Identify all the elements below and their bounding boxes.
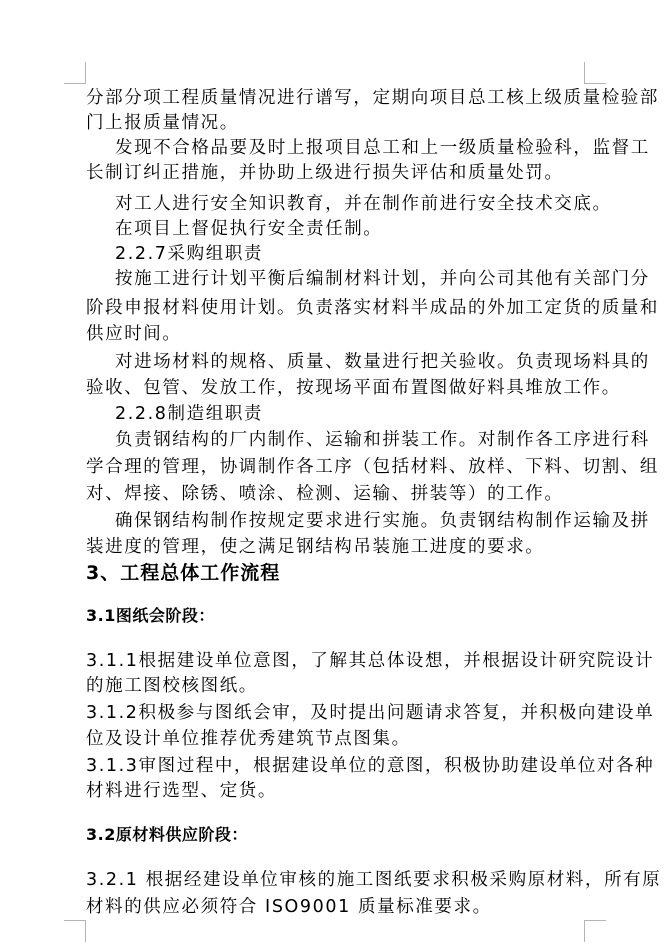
text-line: 长制订纠正措施，并协助上级进行损失评估和质量处罚。 [86,163,586,183]
text-line: 对工人进行安全知识教育，并在制作前进行安全技术交底。 [115,194,586,214]
subsection-heading-drawings: 3.1图纸会阶段： [86,606,215,626]
bottom-right-margin-mark [584,920,606,942]
text-line: 3.1.2积极参与图纸会审，及时提出问题请求答复，并积极向建设单 [86,703,586,723]
document-page: 分部分项工程质量情况进行谱写，定期向项目总工核上级质量检验部 门上报质量情况。 … [0,0,671,947]
text-line: 对、焊接、除锈、喷涂、检测、运输、拼装等）的工作。 [86,484,586,504]
text-line: 学合理的管理，协调制作各工序（包括材料、放样、下料、切割、组 [86,457,586,477]
text-line: 3.2.1 根据经建设单位审核的施工图纸要求积极采购原材料，所有原 [86,870,586,890]
text-line: 材料的供应必须符合 ISO9001 质量标准要求。 [86,897,586,917]
text-line: 负责钢结构的厂内制作、运输和拼装工作。对制作各工序进行科 [115,430,586,450]
section-heading: 3、工程总体工作流程 [86,562,280,584]
text-line: 在项目上督促执行安全责任制。 [115,219,586,239]
top-left-margin-mark [64,62,86,84]
text-line: 供应时间。 [86,324,586,344]
bottom-left-margin-mark [64,920,86,942]
text-line: 分部分项工程质量情况进行谱写，定期向项目总工核上级质量检验部 [86,88,586,108]
text-line: 门上报质量情况。 [86,113,586,133]
text-line: 阶段申报材料使用计划。负责落实材料半成品的外加工定货的质量和 [86,298,586,318]
text-line: 发现不合格品要及时上报项目总工和上一级质量检验科，监督工 [115,138,586,158]
text-line: 3.1.1根据建设单位意图，了解其总体设想，并根据设计研究院设计 [86,651,586,671]
text-line: 按施工进行计划平衡后编制材料计划，并向公司其他有关部门分 [115,269,586,289]
subheading-manufacturing: 2.2.8制造组职责 [115,404,586,424]
text-line: 对进场材料的规格、质量、数量进行把关验收。负责现场料具的 [115,352,586,372]
text-line: 装进度的管理，使之满足钢结构吊装施工进度的要求。 [86,537,586,557]
text-line: 验收、包管、发放工作，按现场平面布置图做好料具堆放工作。 [86,378,586,398]
text-line: 材料进行选型、定货。 [86,781,586,801]
subsection-heading-materials: 3.2原材料供应阶段： [86,825,248,845]
top-right-margin-mark [584,62,606,84]
text-line: 确保钢结构制作按规定要求进行实施。负责钢结构制作运输及拼 [115,511,586,531]
text-line: 的施工图校核图纸。 [86,676,586,696]
text-line: 位及设计单位推荐优秀建筑节点图集。 [86,729,586,749]
subheading-procurement: 2.2.7采购组职责 [115,244,586,264]
text-line: 3.1.3审图过程中，根据建设单位的意图，积极协助建设单位对各种 [86,756,586,776]
